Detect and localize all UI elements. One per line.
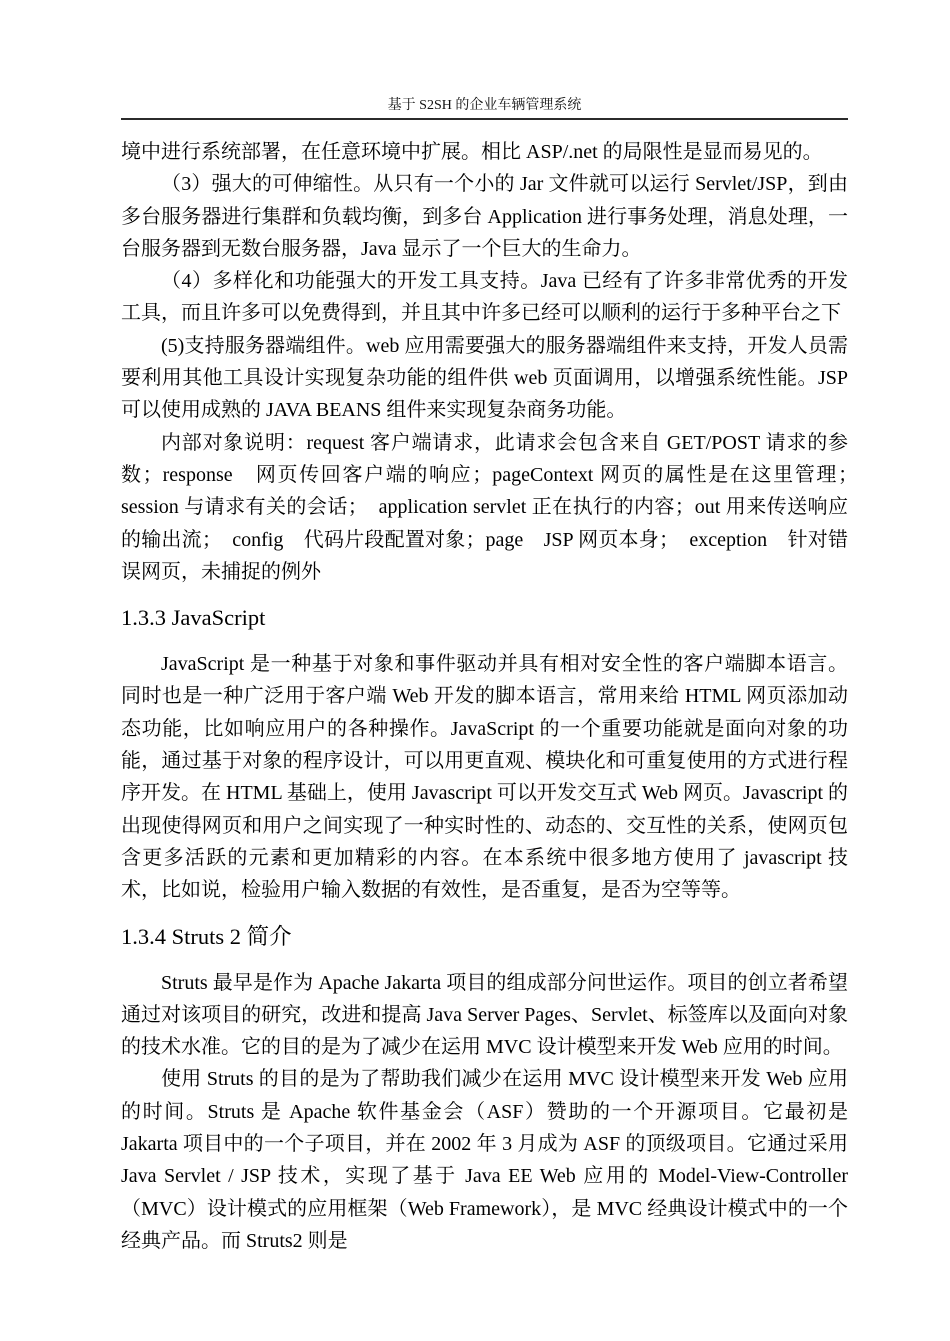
list-item-5-server-components: (5)支持服务器端组件。web 应用需要强大的服务器端组件来支持，开发人员需要利… (121, 330, 848, 427)
heading-1-3-3-javascript: 1.3.3 JavaScript (121, 603, 848, 632)
paragraph-struts-goal: 使用 Struts 的目的是为了帮助我们减少在运用 MVC 设计模型来开发 We… (121, 1063, 848, 1257)
list-item-3-scalability: （3）强大的可伸缩性。从只有一个小的 Jar 文件就可以运行 Servlet/J… (121, 168, 848, 265)
running-header-title: 基于 S2SH 的企业车辆管理系统 (388, 98, 582, 113)
page-content: 境中进行系统部署，在任意环境中扩展。相比 ASP/.net 的局限性是显而易见的… (121, 120, 848, 1257)
paragraph-struts-origin: Struts 最早是作为 Apache Jakarta 项目的组成部分问世运作。… (121, 967, 848, 1064)
heading-1-3-4-struts2: 1.3.4 Struts 2 简介 (121, 922, 848, 951)
document-page: 基于 S2SH 的企业车辆管理系统 境中进行系统部署，在任意环境中扩展。相比 A… (0, 0, 950, 1341)
list-item-4-dev-tools: （4）多样化和功能强大的开发工具支持。Java 已经有了许多非常优秀的开发工具，… (121, 265, 848, 330)
paragraph-asp-comparison: 境中进行系统部署，在任意环境中扩展。相比 ASP/.net 的局限性是显而易见的… (121, 136, 848, 168)
running-header: 基于 S2SH 的企业车辆管理系统 (121, 97, 848, 120)
paragraph-internal-objects: 内部对象说明：request 客户端请求，此请求会包含来自 GET/POST 请… (121, 427, 848, 588)
paragraph-javascript-intro: JavaScript 是一种基于对象和事件驱动并具有相对安全性的客户端脚本语言。… (121, 648, 848, 906)
